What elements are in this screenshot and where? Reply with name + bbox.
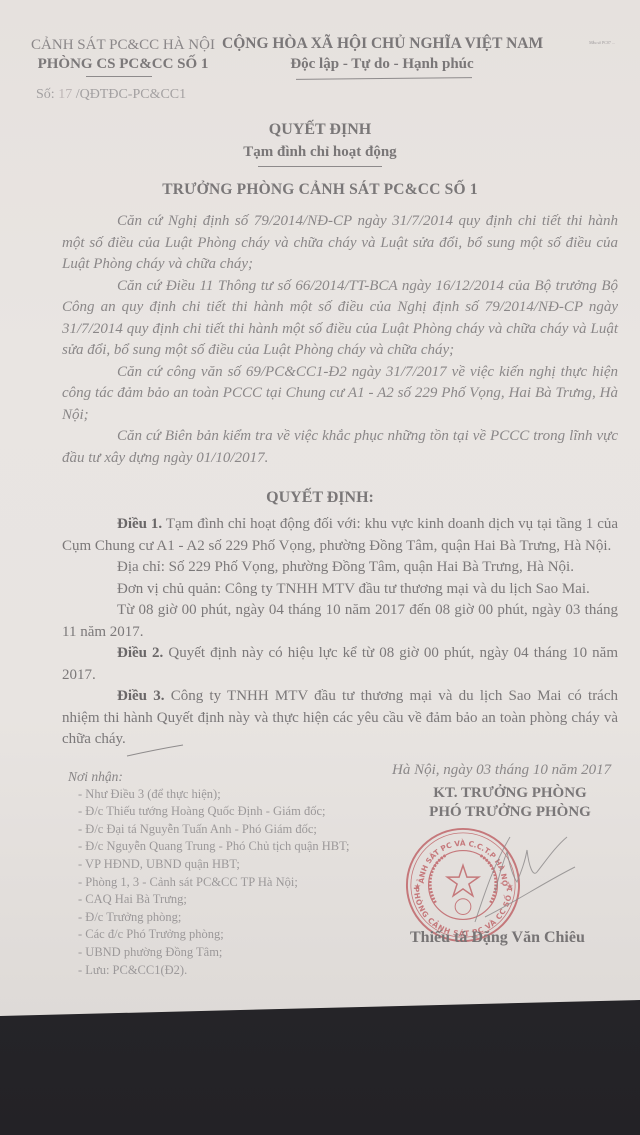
legal-basis-item: Căn cứ công văn số 69/PC&CC1-Đ2 ngày 31/…	[62, 362, 618, 427]
article-1-owner: Đơn vị chủ quản: Công ty TNHH MTV đầu tư…	[62, 579, 618, 601]
decision-heading: QUYẾT ĐỊNH:	[0, 489, 640, 507]
svg-text:★: ★	[414, 882, 421, 891]
handwritten-signature	[455, 822, 585, 932]
recipient-item: - Như Điều 3 (để thực hiện);	[68, 786, 350, 804]
legal-basis: Căn cứ Nghị định số 79/2014/NĐ-CP ngày 3…	[62, 211, 618, 469]
motto: Độc lập - Tự do - Hạnh phúc	[222, 54, 542, 74]
form-code-note: Mẫu số PC07 ...	[572, 40, 632, 45]
recipient-item: - Đ/c Đại tá Nguyễn Tuấn Anh - Phó Giám …	[68, 821, 350, 839]
article-3: Điều 3. Công ty TNHH MTV đầu tư thương m…	[62, 686, 618, 751]
document-number: Số: 17 /QĐTĐC-PC&CC1	[36, 87, 186, 103]
recipient-item: - CAQ Hai Bà Trưng;	[68, 891, 350, 909]
recipient-item: - UBND phường Đồng Tâm;	[68, 944, 350, 962]
motto-underline	[296, 77, 472, 80]
article-1-address: Địa chỉ: Số 229 Phố Vọng, phường Đồng Tâ…	[62, 557, 618, 579]
issuing-authority: TRƯỞNG PHÒNG CẢNH SÁT PC&CC SỐ 1	[0, 181, 640, 199]
issue-date-line: Hà Nội, ngày 03 tháng 10 năm 2017	[392, 762, 611, 779]
recipient-item: - Phòng 1, 3 - Cảnh sát PC&CC TP Hà Nội;	[68, 874, 350, 892]
country-name: CỘNG HÒA XÃ HỘI CHỦ NGHĨA VIỆT NAM	[222, 34, 542, 54]
agency-underline	[86, 76, 152, 77]
issuing-agency: CẢNH SÁT PC&CC HÀ NỘI PHÒNG CS PC&CC SỐ …	[28, 36, 218, 74]
handwritten-number: 17	[58, 87, 72, 102]
agency-name: PHÒNG CS PC&CC SỐ 1	[28, 55, 218, 74]
document-title: QUYẾT ĐỊNH	[0, 121, 640, 139]
recipient-item: - VP HĐND, UBND quận HBT;	[68, 856, 350, 874]
pen-stroke-mark	[125, 744, 185, 758]
article-2: Điều 2. Quyết định này có hiệu lực kể từ…	[62, 643, 618, 686]
legal-basis-item: Căn cứ Điều 11 Thông tư số 66/2014/TT-BC…	[62, 276, 618, 362]
article-1: Điều 1. Tạm đình chỉ hoạt động đối với: …	[62, 514, 618, 557]
recipients-heading: Nơi nhận:	[68, 768, 350, 786]
recipient-item: - Đ/c Nguyễn Quang Trung - Phó Chủ tịch …	[68, 838, 350, 856]
decision-articles: Điều 1. Tạm đình chỉ hoạt động đối với: …	[62, 514, 618, 751]
document-page: CẢNH SÁT PC&CC HÀ NỘI PHÒNG CS PC&CC SỐ …	[0, 0, 640, 1020]
legal-basis-item: Căn cứ Nghị định số 79/2014/NĐ-CP ngày 3…	[62, 211, 618, 276]
signer-title-2: PHÓ TRƯỞNG PHÒNG	[392, 804, 628, 821]
agency-parent: CẢNH SÁT PC&CC HÀ NỘI	[28, 36, 218, 55]
signer-name: Thiếu tá Đặng Văn Chiêu	[410, 929, 585, 947]
recipient-item: - Đ/c Thiếu tướng Hoàng Quốc Định - Giám…	[68, 803, 350, 821]
recipient-item: - Các đ/c Phó Trưởng phòng;	[68, 926, 350, 944]
recipients-list: Nơi nhận: - Như Điều 3 (để thực hiện); -…	[68, 768, 350, 979]
national-motto: CỘNG HÒA XÃ HỘI CHỦ NGHĨA VIỆT NAM Độc l…	[222, 34, 542, 74]
article-1-period: Từ 08 giờ 00 phút, ngày 04 tháng 10 năm …	[62, 600, 618, 643]
recipient-item: - Đ/c Trưởng phòng;	[68, 909, 350, 927]
subtitle-underline	[258, 166, 382, 167]
recipient-item: - Lưu: PC&CC1(Đ2).	[68, 962, 350, 980]
signer-title-1: KT. TRƯỞNG PHÒNG	[392, 785, 628, 802]
document-subtitle: Tạm đình chỉ hoạt động	[0, 144, 640, 161]
legal-basis-item: Căn cứ Biên bản kiểm tra về việc khắc ph…	[62, 426, 618, 469]
